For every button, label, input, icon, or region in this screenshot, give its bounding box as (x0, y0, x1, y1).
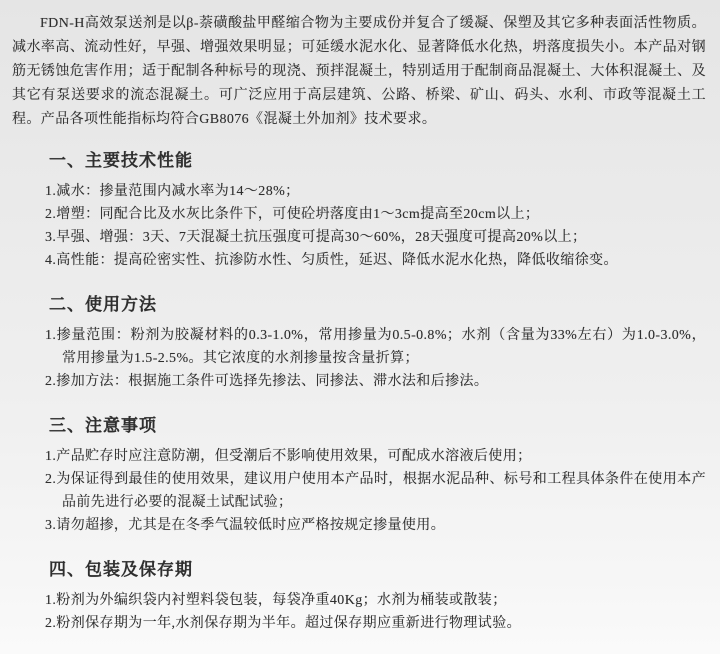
list-item: 2.增塑：同配合比及水灰比条件下，可使砼坍落度由1～3cm提高至20cm以上； (45, 203, 706, 226)
section-precautions: 三、注意事项 1.产品贮存时应注意防潮，但受潮后不影响使用效果，可配成水溶液后使… (12, 413, 706, 537)
section-title: 二、使用方法 (49, 292, 706, 318)
list-item: 3.请勿超掺，尤其是在冬季气温较低时应严格按规定掺量使用。 (45, 514, 706, 537)
list-item: 2.掺加方法：根据施工条件可选择先掺法、同掺法、滞水法和后掺法。 (45, 370, 706, 393)
section-title: 一、主要技术性能 (49, 148, 706, 174)
list-item: 3.早强、增强：3天、7天混凝土抗压强度可提高30～60%，28天强度可提高20… (45, 226, 706, 249)
section-usage-method: 二、使用方法 1.掺量范围：粉剂为胶凝材料的0.3-1.0%，常用掺量为0.5-… (12, 292, 706, 393)
list-item: 1.粉剂为外编织袋内衬塑料袋包装，每袋净重40Kg；水剂为桶装或散装； (45, 589, 706, 612)
list-item: 4.高性能：提高砼密实性、抗渗防水性、匀质性，延迟、降低水泥水化热，降低收缩徐变… (45, 249, 706, 272)
list-item: 1.掺量范围：粉剂为胶凝材料的0.3-1.0%，常用掺量为0.5-0.8%；水剂… (45, 324, 706, 370)
intro-paragraph: FDN-H高效泵送剂是以β-萘磺酸盐甲醛缩合物为主要成份并复合了缓凝、保塑及其它… (12, 12, 706, 132)
section-title: 三、注意事项 (49, 413, 706, 439)
section-main-technical-performance: 一、主要技术性能 1.减水：掺量范围内减水率为14～28%； 2.增塑：同配合比… (12, 148, 706, 272)
section-title: 四、包装及保存期 (49, 557, 706, 583)
list-item: 2.为保证得到最佳的使用效果，建议用户使用本产品时，根据水泥品种、标号和工程具体… (45, 468, 706, 514)
document-page: FDN-H高效泵送剂是以β-萘磺酸盐甲醛缩合物为主要成份并复合了缓凝、保塑及其它… (0, 0, 720, 654)
section-packaging-storage: 四、包装及保存期 1.粉剂为外编织袋内衬塑料袋包装，每袋净重40Kg；水剂为桶装… (12, 557, 706, 635)
list-item: 2.粉剂保存期为一年,水剂保存期为半年。超过保存期应重新进行物理试验。 (45, 612, 706, 635)
list-item: 1.减水：掺量范围内减水率为14～28%； (45, 180, 706, 203)
list-item: 1.产品贮存时应注意防潮，但受潮后不影响使用效果，可配成水溶液后使用； (45, 445, 706, 468)
